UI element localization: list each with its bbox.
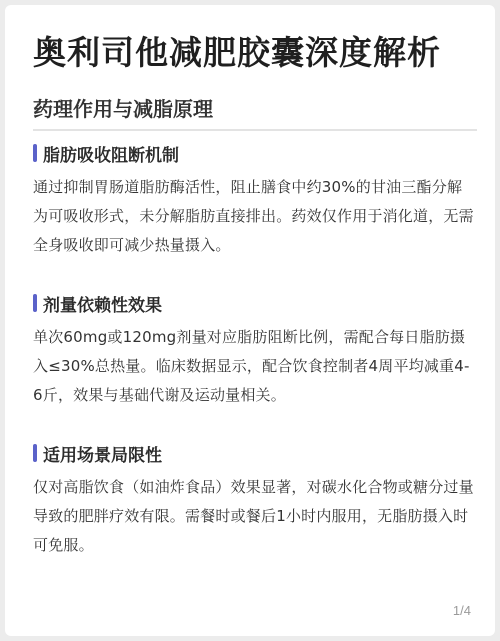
page-title: 奥利司他减肥胶囊深度解析 [33,33,477,73]
page-indicator: 1/4 [453,603,471,618]
page-subtitle: 药理作用与减脂原理 [33,95,213,123]
section-title: 剂量依赖性效果 [43,291,162,316]
section-fat-absorption: 脂肪吸收阻断机制 通过抑制胃肠道脂肪酶活性，阻止膳食中约30%的甘油三酯分解为可… [33,141,477,260]
accent-bar-icon [33,144,37,162]
section-body: 仅对高脂饮食（如油炸食品）效果显著，对碳水化合物或糖分过量导致的肥胖疗效有限。需… [33,473,477,560]
section-limitations: 适用场景局限性 仅对高脂饮食（如油炸食品）效果显著，对碳水化合物或糖分过量导致的… [33,441,477,560]
section-body: 单次60mg或120mg剂量对应脂肪阻断比例，需配合每日脂肪摄入≤30%总热量。… [33,323,477,410]
accent-bar-icon [33,294,37,312]
divider [33,129,477,131]
section-body: 通过抑制胃肠道脂肪酶活性，阻止膳食中约30%的甘油三酯分解为可吸收形式，未分解脂… [33,173,477,260]
accent-bar-icon [33,444,37,462]
section-title: 适用场景局限性 [43,441,162,466]
content-card: 奥利司他减肥胶囊深度解析 药理作用与减脂原理 脂肪吸收阻断机制 通过抑制胃肠道脂… [5,5,495,636]
section-dose-effect: 剂量依赖性效果 单次60mg或120mg剂量对应脂肪阻断比例，需配合每日脂肪摄入… [33,291,477,410]
section-title: 脂肪吸收阻断机制 [43,141,179,166]
